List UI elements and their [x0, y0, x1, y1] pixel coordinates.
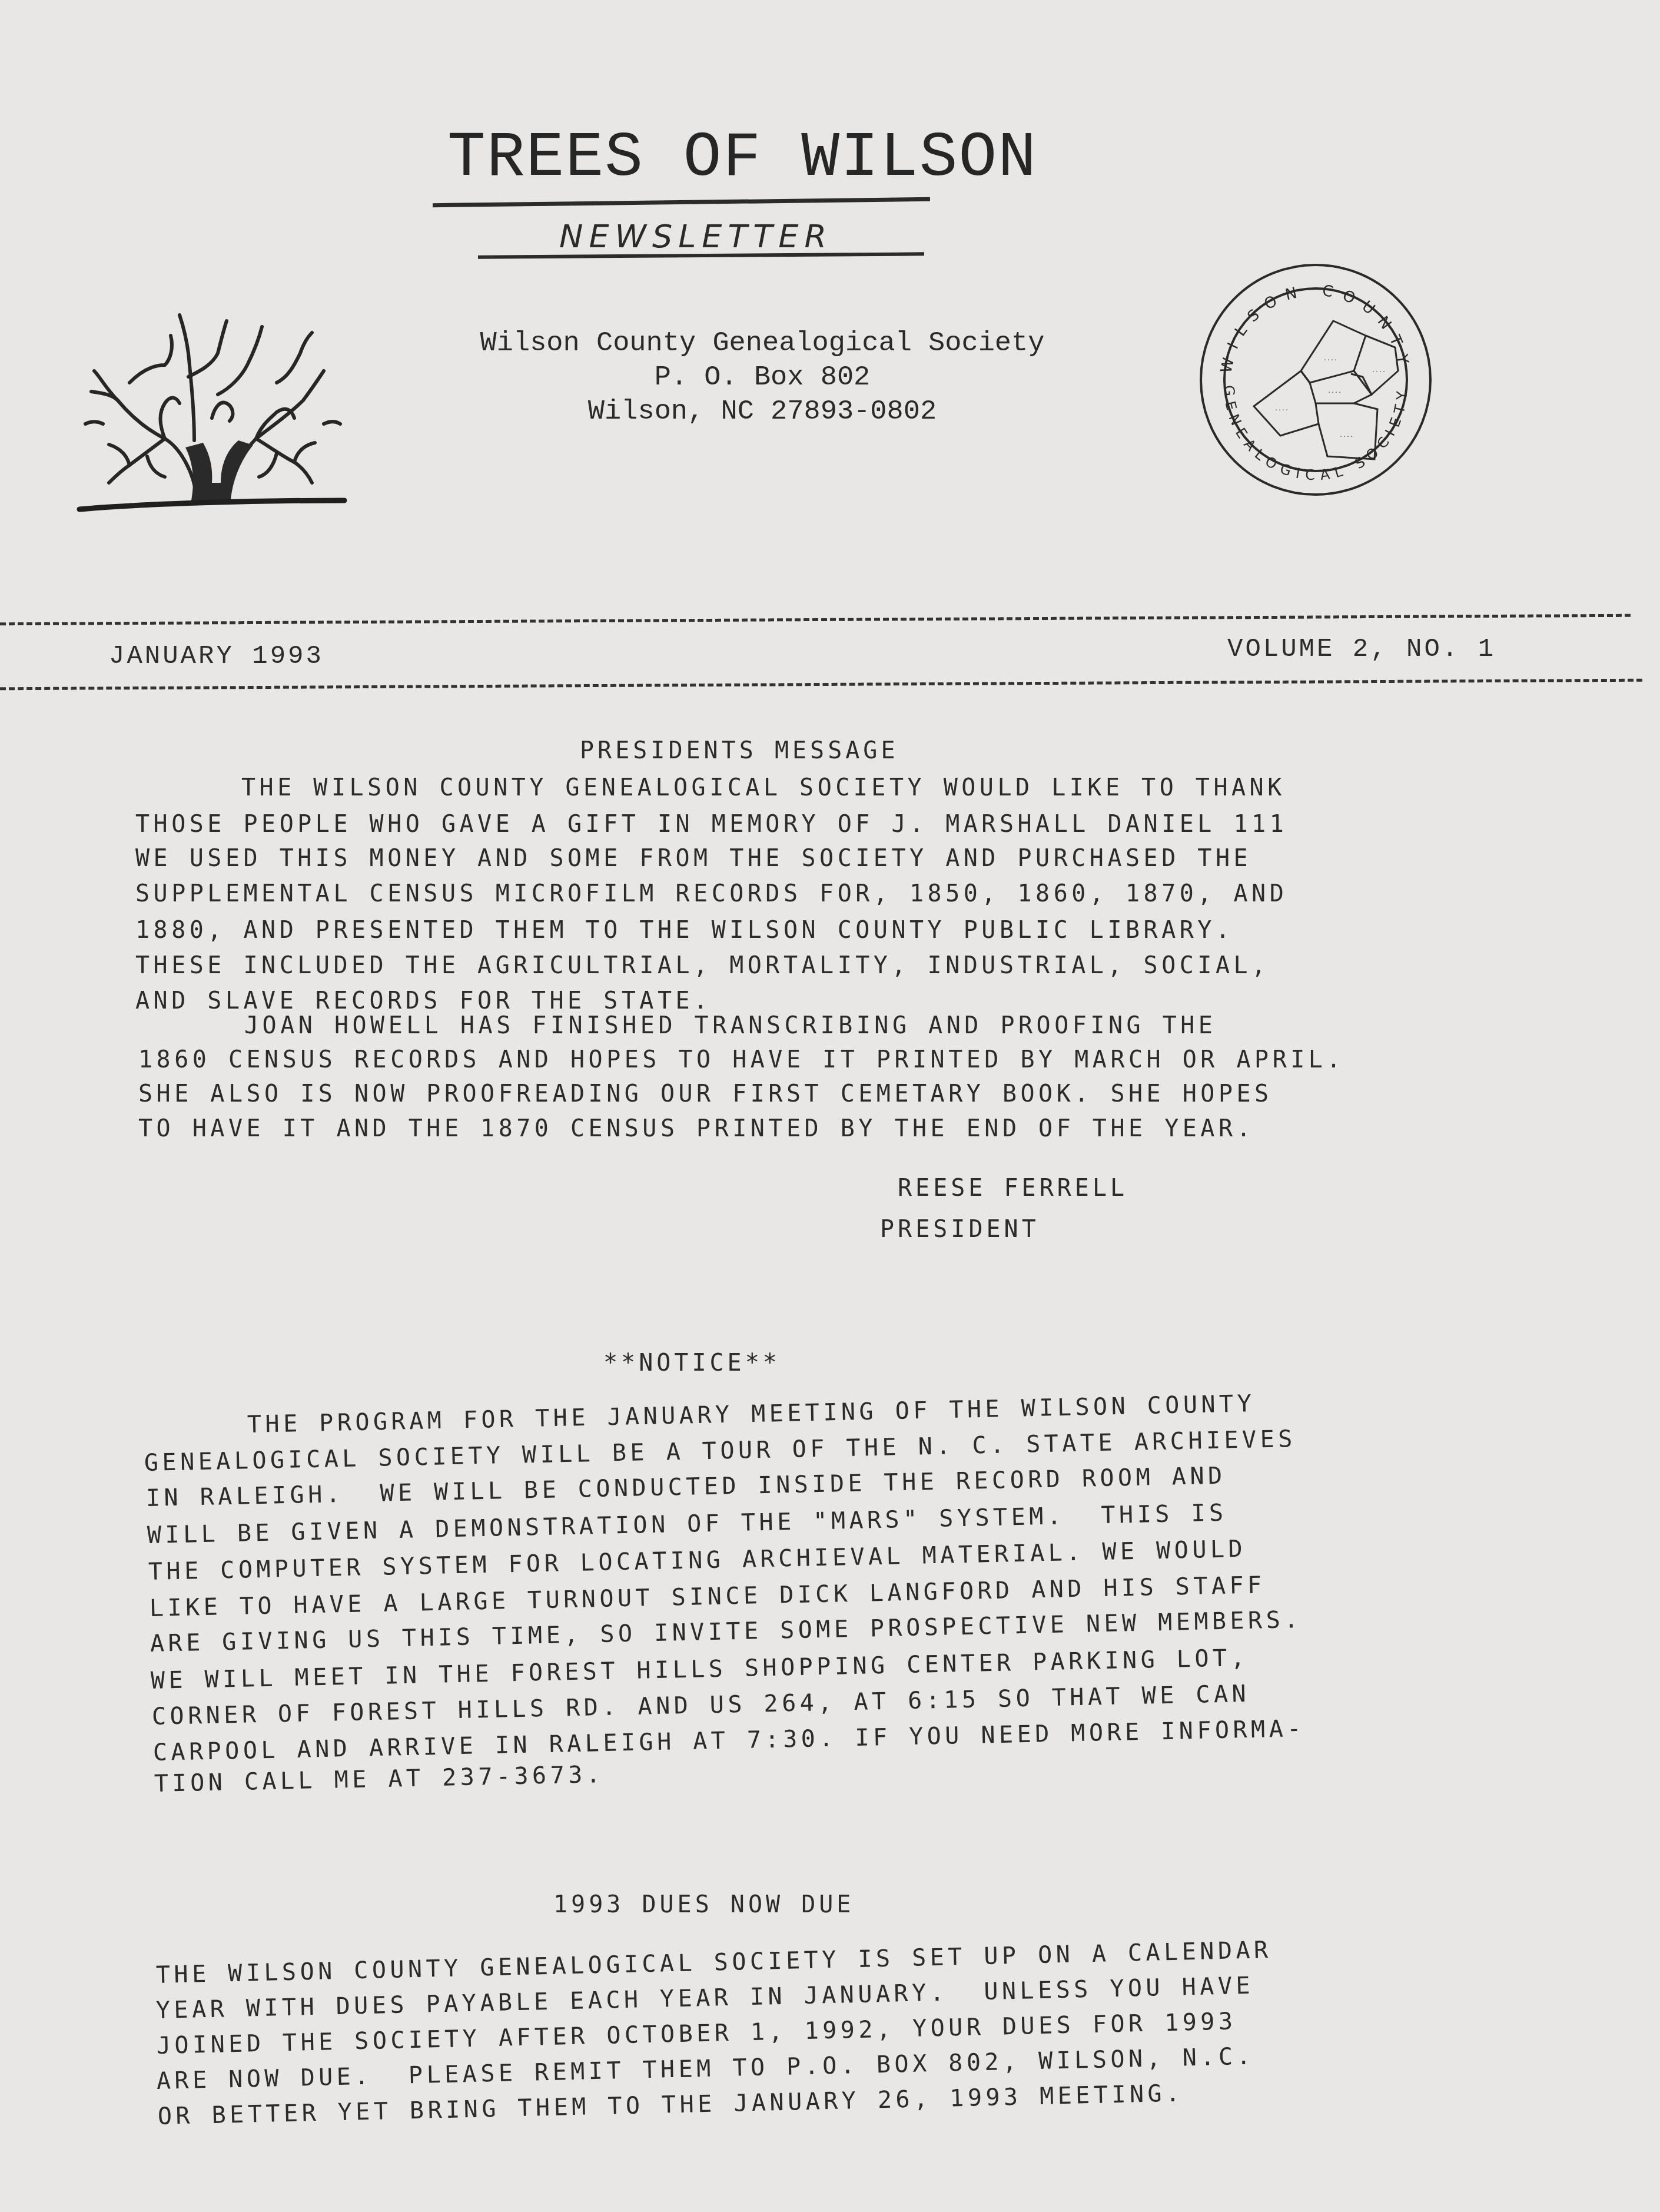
- city-state-zip: Wilson, NC 27893-0802: [436, 395, 1089, 429]
- dues-heading: 1993 DUES NOW DUE: [553, 1891, 854, 1918]
- svg-text:····: ····: [1323, 357, 1337, 364]
- tree-logo-icon: [77, 306, 347, 518]
- issue-date: JANUARY 1993: [109, 642, 324, 671]
- newsletter-subtitle: NEWSLETTER: [559, 221, 832, 253]
- svg-text:····: ····: [1274, 407, 1289, 414]
- message-line: WE USED THIS MONEY AND SOME FROM THE SOC…: [135, 847, 1251, 870]
- county-seal-icon: WILSON COUNTY GENEALOGICAL SOCIETY ·····…: [1195, 262, 1436, 498]
- organization-name: Wilson County Genealogical Society: [436, 327, 1089, 361]
- message-line: AND SLAVE RECORDS FOR THE STATE.: [135, 989, 712, 1013]
- signature-name: REESE FERRELL: [898, 1175, 1128, 1202]
- signature-title: PRESIDENT: [880, 1216, 1040, 1243]
- issue-volume: VOLUME 2, NO. 1: [1227, 635, 1496, 664]
- presidents-message-heading: PRESIDENTS MESSAGE: [580, 737, 898, 764]
- svg-text:····: ····: [1327, 390, 1342, 396]
- message-line: THOSE PEOPLE WHO GAVE A GIFT IN MEMORY O…: [135, 812, 1287, 836]
- message-line: 1880, AND PRESENTED THEM TO THE WILSON C…: [135, 918, 1234, 942]
- message-line: 1860 CENSUS RECORDS AND HOPES TO HAVE IT…: [138, 1048, 1344, 1072]
- message-line: THESE INCLUDED THE AGRICULTRIAL, MORTALI…: [135, 954, 1270, 977]
- message-line: THE WILSON COUNTY GENEALOGICAL SOCIETY W…: [241, 776, 1286, 800]
- svg-text:····: ····: [1339, 434, 1353, 440]
- po-box: P. O. Box 802: [436, 361, 1089, 395]
- notice-line: TION CALL ME AT 237-3673.: [154, 1763, 605, 1796]
- message-line: TO HAVE IT AND THE 1870 CENSUS PRINTED B…: [138, 1117, 1254, 1140]
- newsletter-title: TREES OF WILSON: [447, 127, 1037, 190]
- message-line: JOAN HOWELL HAS FINISHED TRANSCRIBING AN…: [244, 1014, 1216, 1037]
- svg-text:GENEALOGICAL SOCIETY: GENEALOGICAL SOCIETY: [1220, 385, 1410, 484]
- notice-heading: **NOTICE**: [603, 1349, 781, 1377]
- message-line: SUPPLEMENTAL CENSUS MICROFILM RECORDS FO…: [135, 882, 1287, 906]
- society-address: Wilson County Genealogical Society P. O.…: [436, 327, 1089, 429]
- title-underline: [433, 197, 930, 207]
- issue-divider-bottom: [0, 679, 1642, 691]
- message-line: SHE ALSO IS NOW PROOFREADING OUR FIRST C…: [138, 1082, 1273, 1106]
- svg-text:····: ····: [1372, 369, 1386, 376]
- subtitle-underline: [478, 252, 924, 258]
- svg-text:WILSON COUNTY: WILSON COUNTY: [1217, 282, 1413, 375]
- issue-divider-top: [0, 614, 1631, 626]
